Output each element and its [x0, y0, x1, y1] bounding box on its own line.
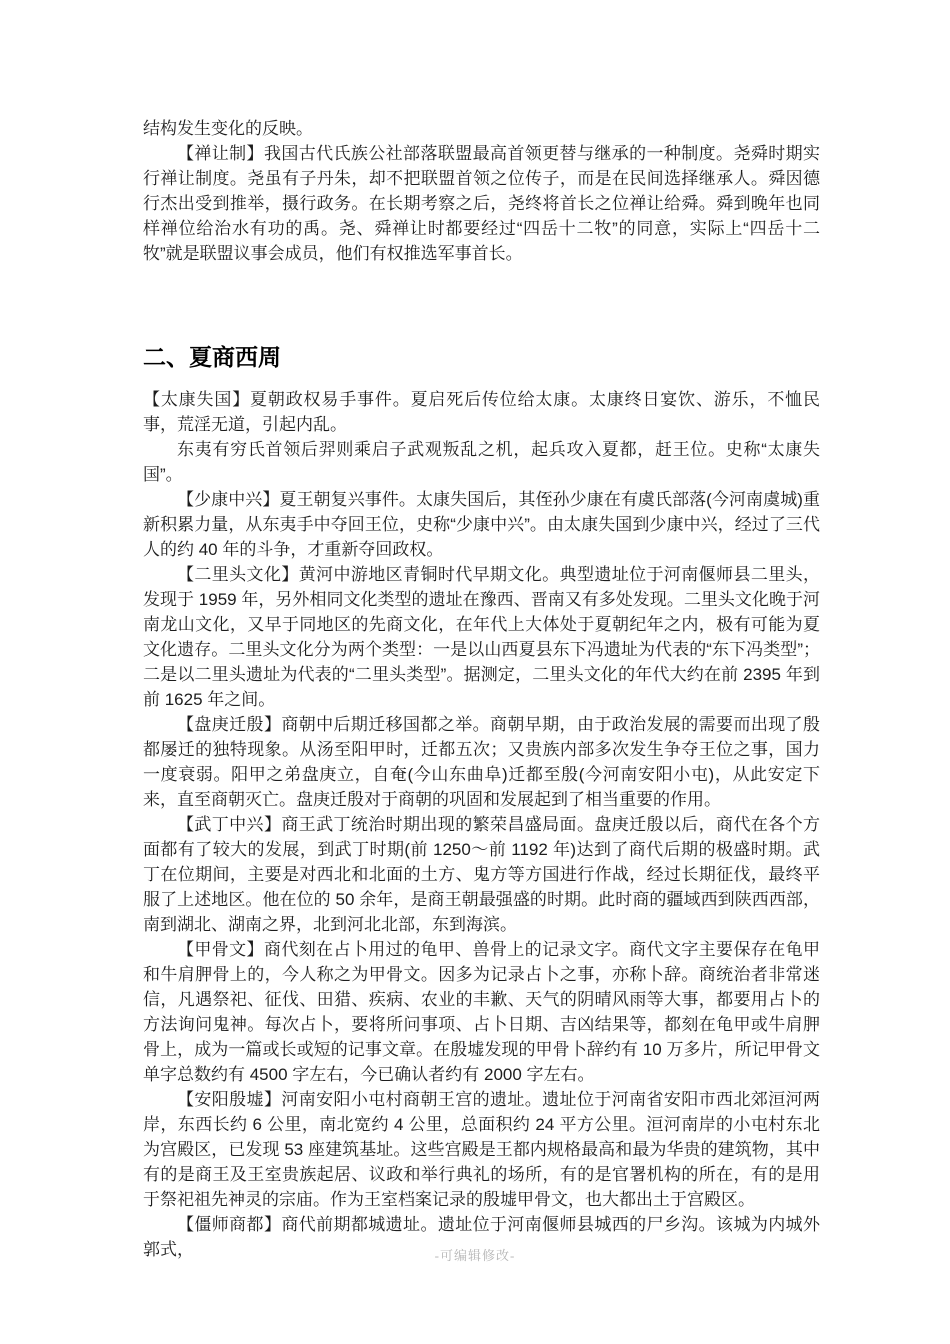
paragraph-taikang-shiguo: 【太康失国】夏朝政权易手事件。夏启死后传位给太康。太康终日宴饮、游乐，不恤民事，… — [143, 387, 820, 437]
paragraph-continuation: 结构发生变化的反映。 — [143, 116, 820, 141]
paragraph-dongyi-houyi: 东夷有穷氏首领后羿则乘启子武观叛乱之机，起兵攻入夏都，赶王位。史称“太康失国”。 — [143, 437, 820, 487]
paragraph-wuding-zhongxing: 【武丁中兴】商王武丁统治时期出现的繁荣昌盛局面。盘庚迁殷以后，商代在各个方面都有… — [143, 812, 820, 937]
paragraph-shanrangzhi: 【禅让制】我国古代氏族公社部落联盟最高首领更替与继承的一种制度。尧舜时期实行禅让… — [143, 141, 820, 266]
paragraph-shaokang-zhongxing: 【少康中兴】夏王朝复兴事件。太康失国后，其侄孙少康在有虞氏部落(今河南虞城)重新… — [143, 487, 820, 562]
paragraph-erlitou-wenhua: 【二里头文化】黄河中游地区青铜时代早期文化。典型遗址位于河南偃师县二里头，发现于… — [143, 562, 820, 712]
document-body: 结构发生变化的反映。 【禅让制】我国古代氏族公社部落联盟最高首领更替与继承的一种… — [143, 116, 820, 1262]
footer-note: -可编辑修改- — [0, 1248, 950, 1264]
paragraph-jiaguwen: 【甲骨文】商代刻在占卜用过的龟甲、兽骨上的记录文字。商代文字主要保存在龟甲和牛肩… — [143, 937, 820, 1087]
paragraph-anyang-yinxu: 【安阳殷墟】河南安阳小屯村商朝王宫的遗址。遗址位于河南省安阳市西北郊洹河两岸，东… — [143, 1087, 820, 1212]
document-page: 结构发生变化的反映。 【禅让制】我国古代氏族公社部落联盟最高首领更替与继承的一种… — [0, 0, 950, 1344]
section-heading: 二、夏商西周 — [143, 341, 820, 373]
paragraph-pangeng-qianyin: 【盘庚迁殷】商朝中后期迁移国都之举。商朝早期，由于政治发展的需要而出现了殷都屡迁… — [143, 712, 820, 812]
